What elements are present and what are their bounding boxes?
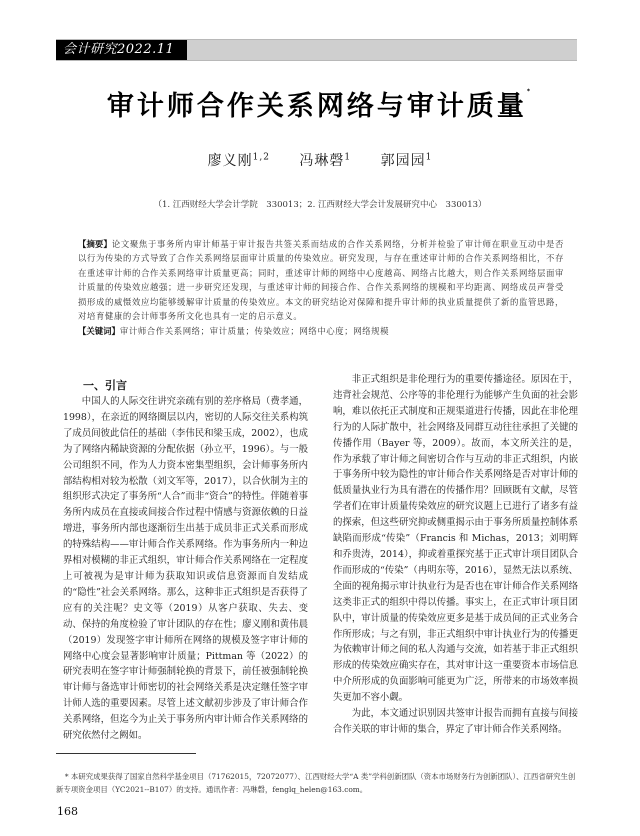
author-name: 冯琳磬 [299,153,344,169]
right-column: 非正式组织是非伦理行为的重要传播途径。原因在于，违背社会规范、公序等的非伦理行为… [333,372,578,738]
journal-header-bar: 会计研究2022.11 [56,39,577,61]
affiliations: （1. 江西财经大学会计学院 330013；2. 江西财经大学会计发展研究中心 … [0,198,640,210]
left-column: 一、引言 中国人的人际交往讲究亲疏有别的差序格局（费孝通，1998），在亲近的网… [63,378,308,744]
author: 廖义刚1,2 [208,153,270,169]
keywords-label: 【关键词】 [78,326,120,336]
journal-issue-label: 会计研究2022.11 [56,40,187,60]
article-title: 审计师合作关系网络与审计质量* [0,84,640,123]
section-heading: 一、引言 [83,378,308,394]
body-paragraph: 中国人的人际交往讲究亲疏有别的差序格局（费孝通，1998），在亲近的网络圈层以内… [63,394,308,744]
body-paragraph: 为此，本文通过识别因共签审计报告而拥有直接与间接合作关联的审计师的集合，界定了审… [333,706,578,738]
abstract-paragraph: 【摘要】论文聚焦于事务所内审计师基于审计报告共签关系而结成的合作关系网络，分析并… [78,237,564,323]
title-footnote-mark: * [527,88,533,95]
keywords-text: 审计师合作关系网络；审计质量；传染效应；网络中心度；网络规模 [120,326,389,336]
article-title-text: 审计师合作关系网络与审计质量 [107,91,527,122]
funding-footnote: * 本研究成果获得了国家自然科学基金项目（71762015，72072077）、… [56,771,576,796]
author: 郭园园1 [381,153,433,169]
footnote-divider [56,753,196,754]
abstract-block: 【摘要】论文聚焦于事务所内审计师基于审计报告共签关系而结成的合作关系网络，分析并… [78,237,564,339]
body-paragraph: 非正式组织是非伦理行为的重要传播途径。原因在于，违背社会规范、公序等的非伦理行为… [333,372,578,706]
page-number: 168 [57,805,78,818]
author-name: 郭园园 [381,153,426,169]
author-affil-mark: 1 [426,152,433,162]
author-affil-mark: 1,2 [253,152,270,162]
author-list: 廖义刚1,2 冯琳磬1 郭园园1 [0,150,640,170]
keywords-line: 【关键词】审计师合作关系网络；审计质量；传染效应；网络中心度；网络规模 [78,324,564,338]
author-affil-mark: 1 [344,152,351,162]
abstract-label: 【摘要】 [78,239,112,249]
abstract-text: 论文聚焦于事务所内审计师基于审计报告共签关系而结成的合作关系网络，分析并检验了审… [78,239,564,321]
author: 冯琳磬1 [299,153,351,169]
author-name: 廖义刚 [208,153,253,169]
